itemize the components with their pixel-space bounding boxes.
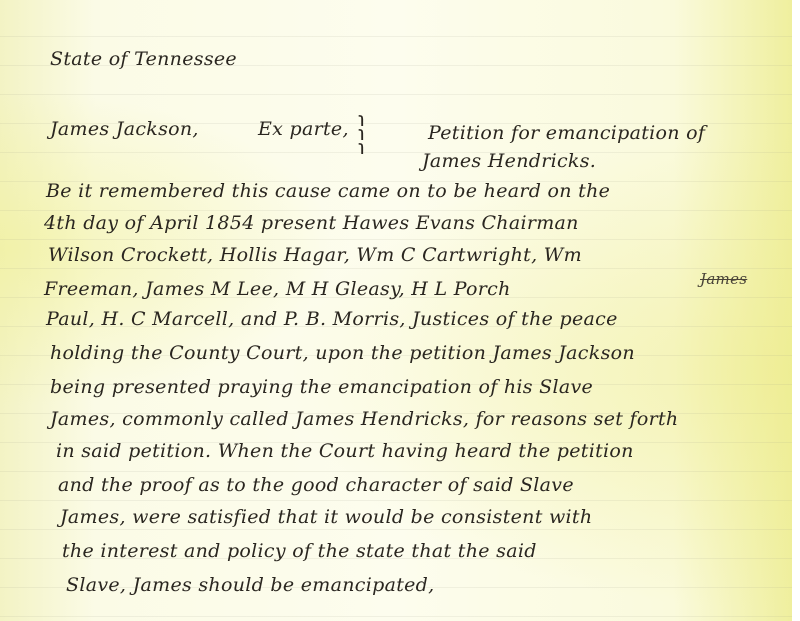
- state-heading: State of Tennessee: [50, 48, 237, 70]
- struck-word: James: [700, 270, 747, 288]
- body-line-1: Be it remembered this cause came on to b…: [46, 180, 610, 202]
- body-line-2: 4th day of April 1854 present Hawes Evan…: [44, 212, 579, 234]
- petition-title-line1: Petition for emancipation of: [428, 122, 705, 144]
- case-party: James Jackson,: [50, 118, 199, 140]
- body-line-8: James, commonly called James Hendricks, …: [50, 408, 678, 430]
- body-line-3: Wilson Crockett, Hollis Hagar, Wm C Cart…: [48, 244, 582, 266]
- body-line-7: being presented praying the emancipation…: [50, 376, 593, 398]
- brace-glyph: ℩: [358, 140, 378, 154]
- body-line-4: Freeman, James M Lee, M H Gleasy, H L Po…: [44, 278, 511, 300]
- bracket-icon: ℩ ℩ ℩: [358, 112, 378, 174]
- body-line-10: and the proof as to the good character o…: [58, 474, 574, 496]
- petition-title-line2: James Hendricks.: [422, 150, 596, 172]
- body-line-12: the interest and policy of the state tha…: [62, 540, 537, 562]
- body-line-5: Paul, H. C Marcell, and P. B. Morris, Ju…: [46, 308, 618, 330]
- body-line-9: in said petition. When the Court having …: [56, 440, 634, 462]
- body-line-6: holding the County Court, upon the petit…: [50, 342, 635, 364]
- case-type: Ex parte,: [258, 118, 349, 140]
- body-line-13: Slave, James should be emancipated,: [66, 574, 434, 596]
- body-line-11: James, were satisfied that it would be c…: [60, 506, 592, 528]
